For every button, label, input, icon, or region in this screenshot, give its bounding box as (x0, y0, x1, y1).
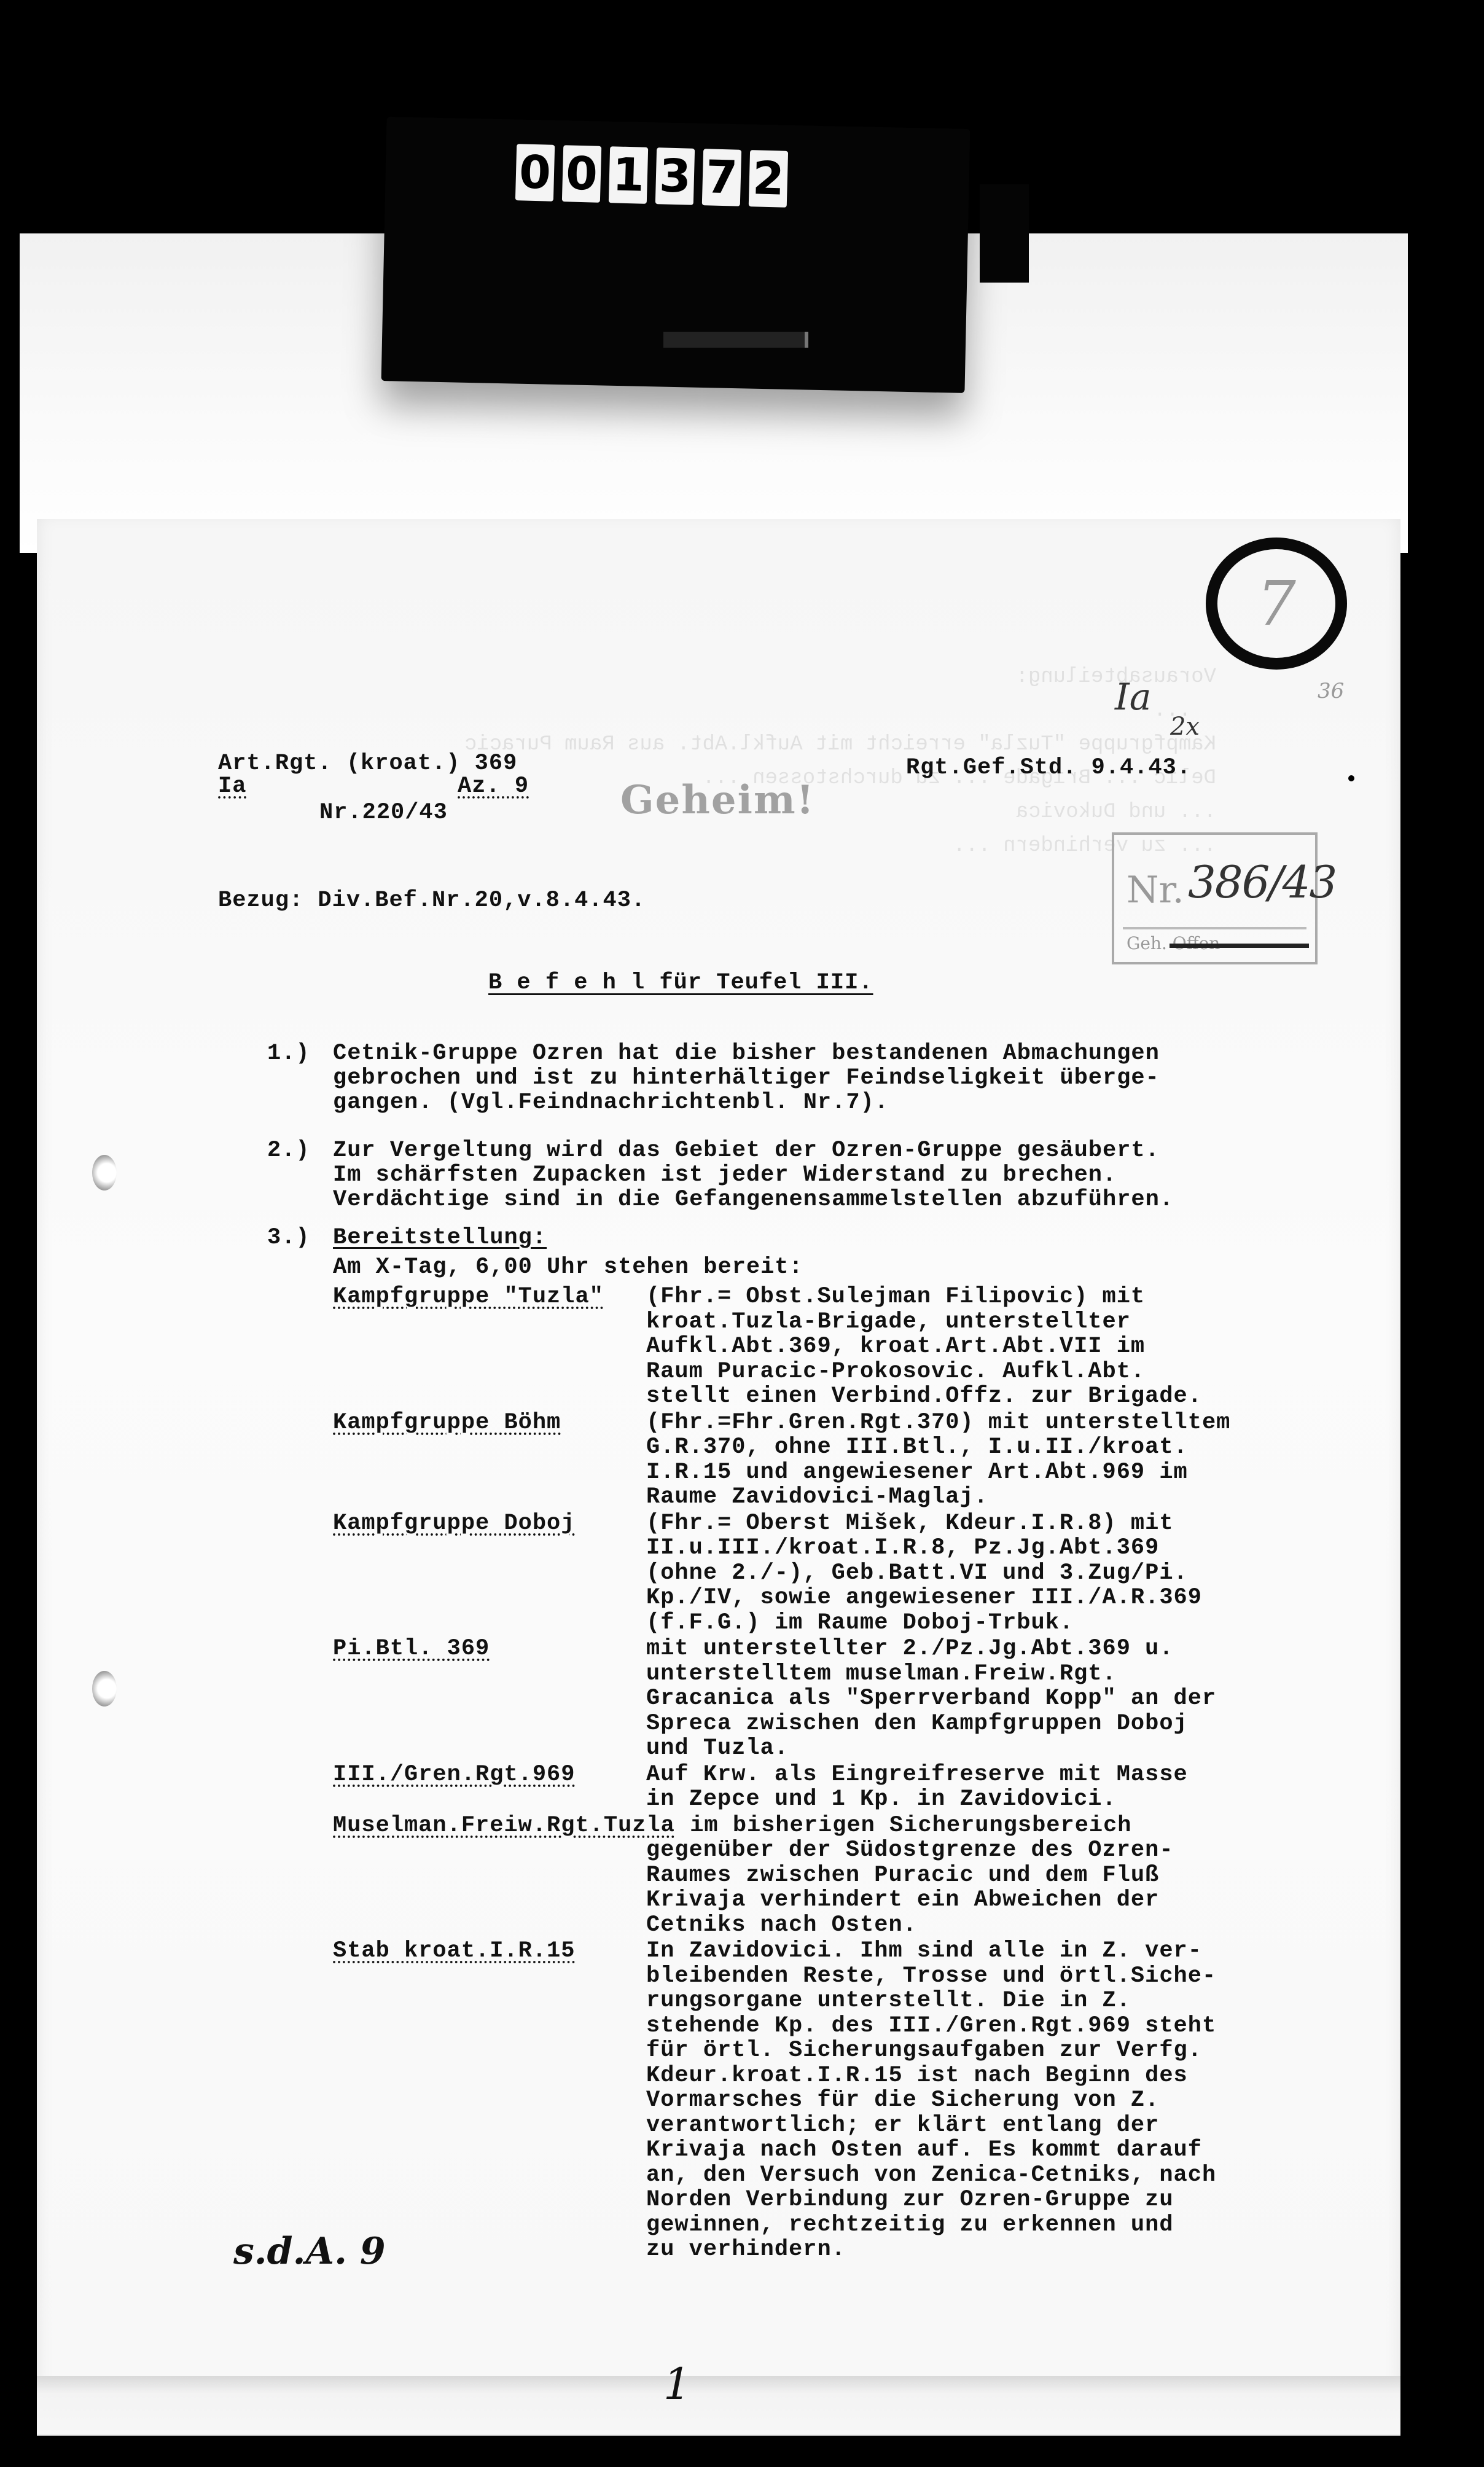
unit-line: stellt einen Verbind.Offz. zur Brigade. (646, 1385, 1202, 1408)
unit-line: Krivaja verhindert ein Abweichen der (646, 1889, 1159, 1912)
unit-line: und Tuzla. (646, 1737, 789, 1760)
unit-name: Kampfgruppe Doboj (333, 1512, 575, 1535)
counter-digit: 2 (749, 150, 788, 208)
reference-line: Bezug: Div.Bef.Nr.20,v.8.4.43. (218, 889, 646, 912)
unit-line: In Zavidovici. Ihm sind alle in Z. ver- (646, 1940, 1202, 1963)
unit-line: stehende Kp. des III./Gren.Rgt.969 steht (646, 2015, 1216, 2038)
unit-line: Raume Zavidovici-Maglaj. (646, 1486, 988, 1509)
counter-digit: 0 (515, 144, 555, 201)
frame-counter: 0 0 1 3 7 2 (515, 144, 788, 208)
counter-digit: 0 (562, 145, 601, 203)
unit-line: mit unterstellter 2./Pz.Jg.Abt.369 u. (646, 1638, 1174, 1660)
strike-through-mark (1170, 944, 1309, 948)
secret-stamp: Geheim! (620, 777, 815, 823)
unit-name: Stab kroat.I.R.15 (333, 1940, 575, 1963)
unit-line: Gracanica als "Sperrverband Kopp" an der (646, 1687, 1216, 1710)
unit-line: Raum Puracic-Prokosovic. Aufkl.Abt. (646, 1361, 1145, 1383)
unit-line: rungsorgane unterstellt. Die in Z. (646, 1990, 1131, 2012)
paragraph-line: Im schärfsten Zupacken ist jeder Widerst… (333, 1164, 1117, 1187)
registry-number: 386/43 (1188, 856, 1336, 908)
circled-number: 7 (1257, 568, 1296, 639)
counter-digit: 1 (609, 146, 648, 204)
unit-line: Auf Krw. als Eingreifreserve mit Masse (646, 1764, 1188, 1786)
circled-folio-number: 7 (1206, 538, 1347, 670)
unit-line: gewinnen, rechtzeitig zu erkennen und (646, 2214, 1174, 2237)
unit-line: Spreca zwischen den Kampfgruppen Doboj (646, 1713, 1188, 1735)
paragraph-line: gebrochen und ist zu hinterhältiger Fein… (333, 1067, 1160, 1090)
department: Ia (218, 775, 246, 798)
paragraph-line: Cetnik-Gruppe Ozren hat die bisher besta… (333, 1042, 1160, 1065)
unit-line: Kdeur.kroat.I.R.15 ist nach Beginn des (646, 2065, 1188, 2087)
counter-stand (980, 184, 1029, 283)
unit-line: für örtl. Sicherungsaufgaben zur Verfg. (646, 2039, 1202, 2062)
unit-line: (f.F.G.) im Raume Doboj-Trbuk. (646, 1612, 1074, 1635)
unit-line: Norden Verbindung zur Ozren-Gruppe zu (646, 2189, 1174, 2211)
paragraph-line: Verdächtige sind in die Gefangenensammel… (333, 1189, 1174, 1211)
unit-line: Vormarsches für die Sicherung von Z. (646, 2089, 1159, 2112)
unit-line: Krivaja nach Osten auf. Es kommt darauf (646, 2139, 1202, 2162)
pencil-page-number: 36 (1318, 679, 1344, 703)
paragraph-line: gangen. (Vgl.Feindnachrichtenbl. Nr.7). (333, 1092, 889, 1114)
unit-line: Kp./IV, sowie angewiesener III./A.R.369 (646, 1587, 1202, 1609)
paragraph-number: 2.) (267, 1140, 310, 1162)
unit-line: unterstelltem muselman.Freiw.Rgt. (646, 1663, 1117, 1686)
unit-name: III./Gren.Rgt.969 (333, 1764, 575, 1786)
order-title: B e f e h l für Teufel III. (488, 972, 873, 995)
handwritten-copies: 2x (1170, 713, 1200, 741)
unit-line: gegenüber der Südostgrenze des Ozren- (646, 1839, 1174, 1862)
unit-line: zu verhindern. (646, 2238, 846, 2261)
counter-digit: 7 (702, 149, 741, 206)
ink-speck (1348, 775, 1354, 781)
paragraph-intro: Am X-Tag, 6,00 Uhr stehen bereit: (333, 1256, 803, 1279)
counter-label-plate (663, 332, 808, 348)
registry-label: Nr. (1127, 869, 1184, 912)
unit-line: Cetniks nach Osten. (646, 1914, 917, 1937)
unit-line: bleibenden Reste, Trosse und örtl.Siche- (646, 1965, 1216, 1988)
file-reference: Az. 9 (458, 775, 529, 798)
unit-line: Raumes zwischen Puracic und dem Fluß (646, 1864, 1159, 1887)
unit-line: I.R.15 und angewiesener Art.Abt.969 im (646, 1461, 1188, 1484)
unit-line: II.u.III./kroat.I.R.8, Pz.Jg.Abt.369 (646, 1537, 1159, 1560)
place-date: Rgt.Gef.Std. 9.4.43. (906, 757, 1191, 780)
unit-line: (Fhr.=Fhr.Gren.Rgt.370) mit unterstellte… (646, 1412, 1230, 1434)
paragraph-heading: Bereitstellung: (333, 1227, 547, 1249)
document-number: Nr.220/43 (319, 802, 448, 824)
stamp-divider (1123, 927, 1306, 929)
unit-name: Kampfgruppe Böhm (333, 1412, 561, 1434)
unit-line: an, den Versuch von Zenica-Cetniks, nach (646, 2164, 1216, 2187)
punch-hole (92, 1155, 117, 1190)
unit-line: kroat.Tuzla-Brigade, unterstellter (646, 1311, 1131, 1334)
paragraph-number: 1.) (267, 1042, 310, 1065)
handwritten-filing-note: s.d.A. 9 (233, 2230, 386, 2273)
unit-designation: Art.Rgt. (kroat.) 369 (218, 753, 517, 775)
unit-line: Aufkl.Abt.369, kroat.Art.Abt.VII im (646, 1335, 1145, 1358)
unit-line: (ohne 2./-), Geb.Batt.VI und 3.Zug/Pi. (646, 1562, 1188, 1585)
registry-stamp: Nr. 386/43 Geh. Offen (1112, 832, 1318, 964)
unit-line: G.R.370, ohne III.Btl., I.u.II./kroat. (646, 1436, 1188, 1459)
handwritten-mark: 1 (663, 2359, 691, 2409)
paragraph-number: 3.) (267, 1227, 310, 1249)
unit-line: (Fhr.= Oberst Mišek, Kdeur.I.R.8) mit (646, 1512, 1174, 1535)
unit-name: Kampfgruppe "Tuzla" (333, 1286, 604, 1308)
page-bottom-fold (37, 2376, 1400, 2434)
paragraph-line: Zur Vergeltung wird das Gebiet der Ozren… (333, 1140, 1160, 1162)
unit-name: Muselman.Freiw.Rgt.Tuzla (333, 1815, 675, 1837)
punch-hole (92, 1671, 117, 1707)
counter-digit: 3 (655, 147, 695, 205)
unit-line: in Zepce und 1 Kp. in Zavidovici. (646, 1788, 1117, 1811)
unit-line: im bisherigen Sicherungsbereich (676, 1815, 1132, 1837)
unit-name: Pi.Btl. 369 (333, 1638, 490, 1660)
handwritten-ia: Ia (1115, 676, 1151, 719)
unit-line: (Fhr.= Obst.Sulejman Filipovic) mit (646, 1286, 1145, 1308)
ink-speck (1431, 792, 1437, 803)
unit-line: verantwortlich; er klärt entlang der (646, 2114, 1159, 2137)
